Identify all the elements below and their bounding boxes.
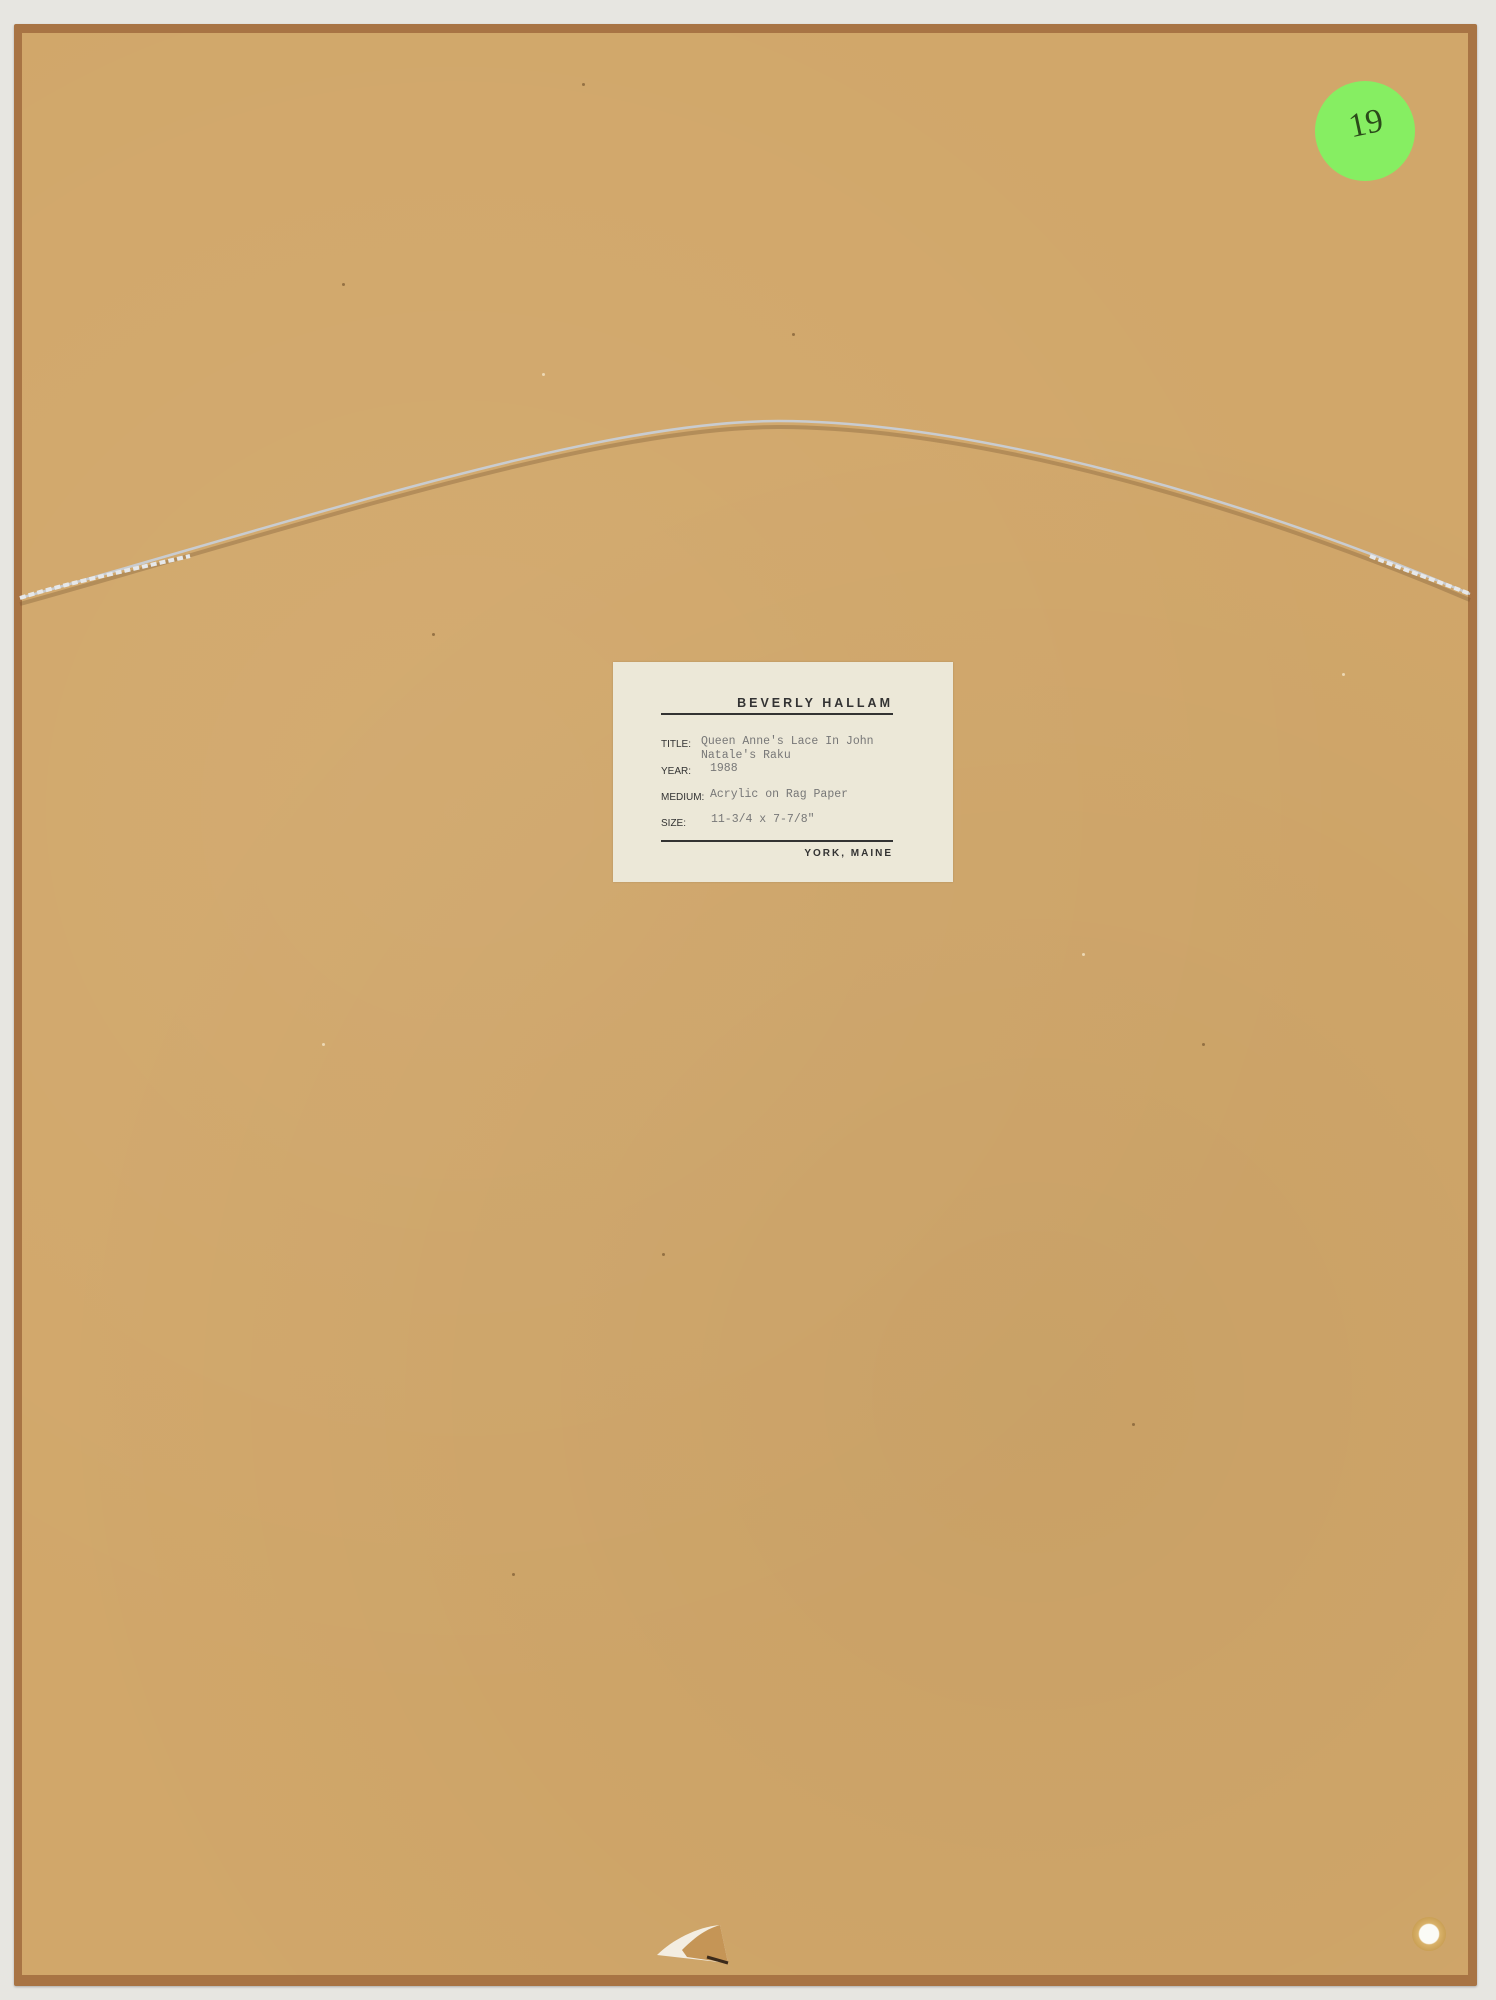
artist-label: BEVERLY HALLAM TITLE: Queen Anne's Lace … xyxy=(613,662,953,882)
size-value: 11-3/4 x 7-7/8" xyxy=(711,813,815,827)
artist-name: BEVERLY HALLAM xyxy=(661,696,893,710)
lot-number-sticker: 19 xyxy=(1315,81,1415,181)
label-rule-bottom xyxy=(661,840,893,842)
year-value: 1988 xyxy=(710,762,738,776)
hanging-wire xyxy=(0,0,1496,2000)
title-key: TITLE: xyxy=(661,739,691,750)
brass-grommet xyxy=(1412,1917,1446,1951)
size-key: SIZE: xyxy=(661,818,686,829)
location: YORK, MAINE xyxy=(661,848,893,859)
torn-paper-notch xyxy=(652,1905,732,1965)
medium-key: MEDIUM: xyxy=(661,792,704,803)
lot-number: 19 xyxy=(1345,102,1386,146)
medium-value: Acrylic on Rag Paper xyxy=(710,788,848,802)
title-line-2: Natale's Raku xyxy=(701,749,791,763)
title-line-1: Queen Anne's Lace In John xyxy=(701,735,874,749)
label-rule-top xyxy=(661,713,893,715)
year-key: YEAR: xyxy=(661,766,691,777)
